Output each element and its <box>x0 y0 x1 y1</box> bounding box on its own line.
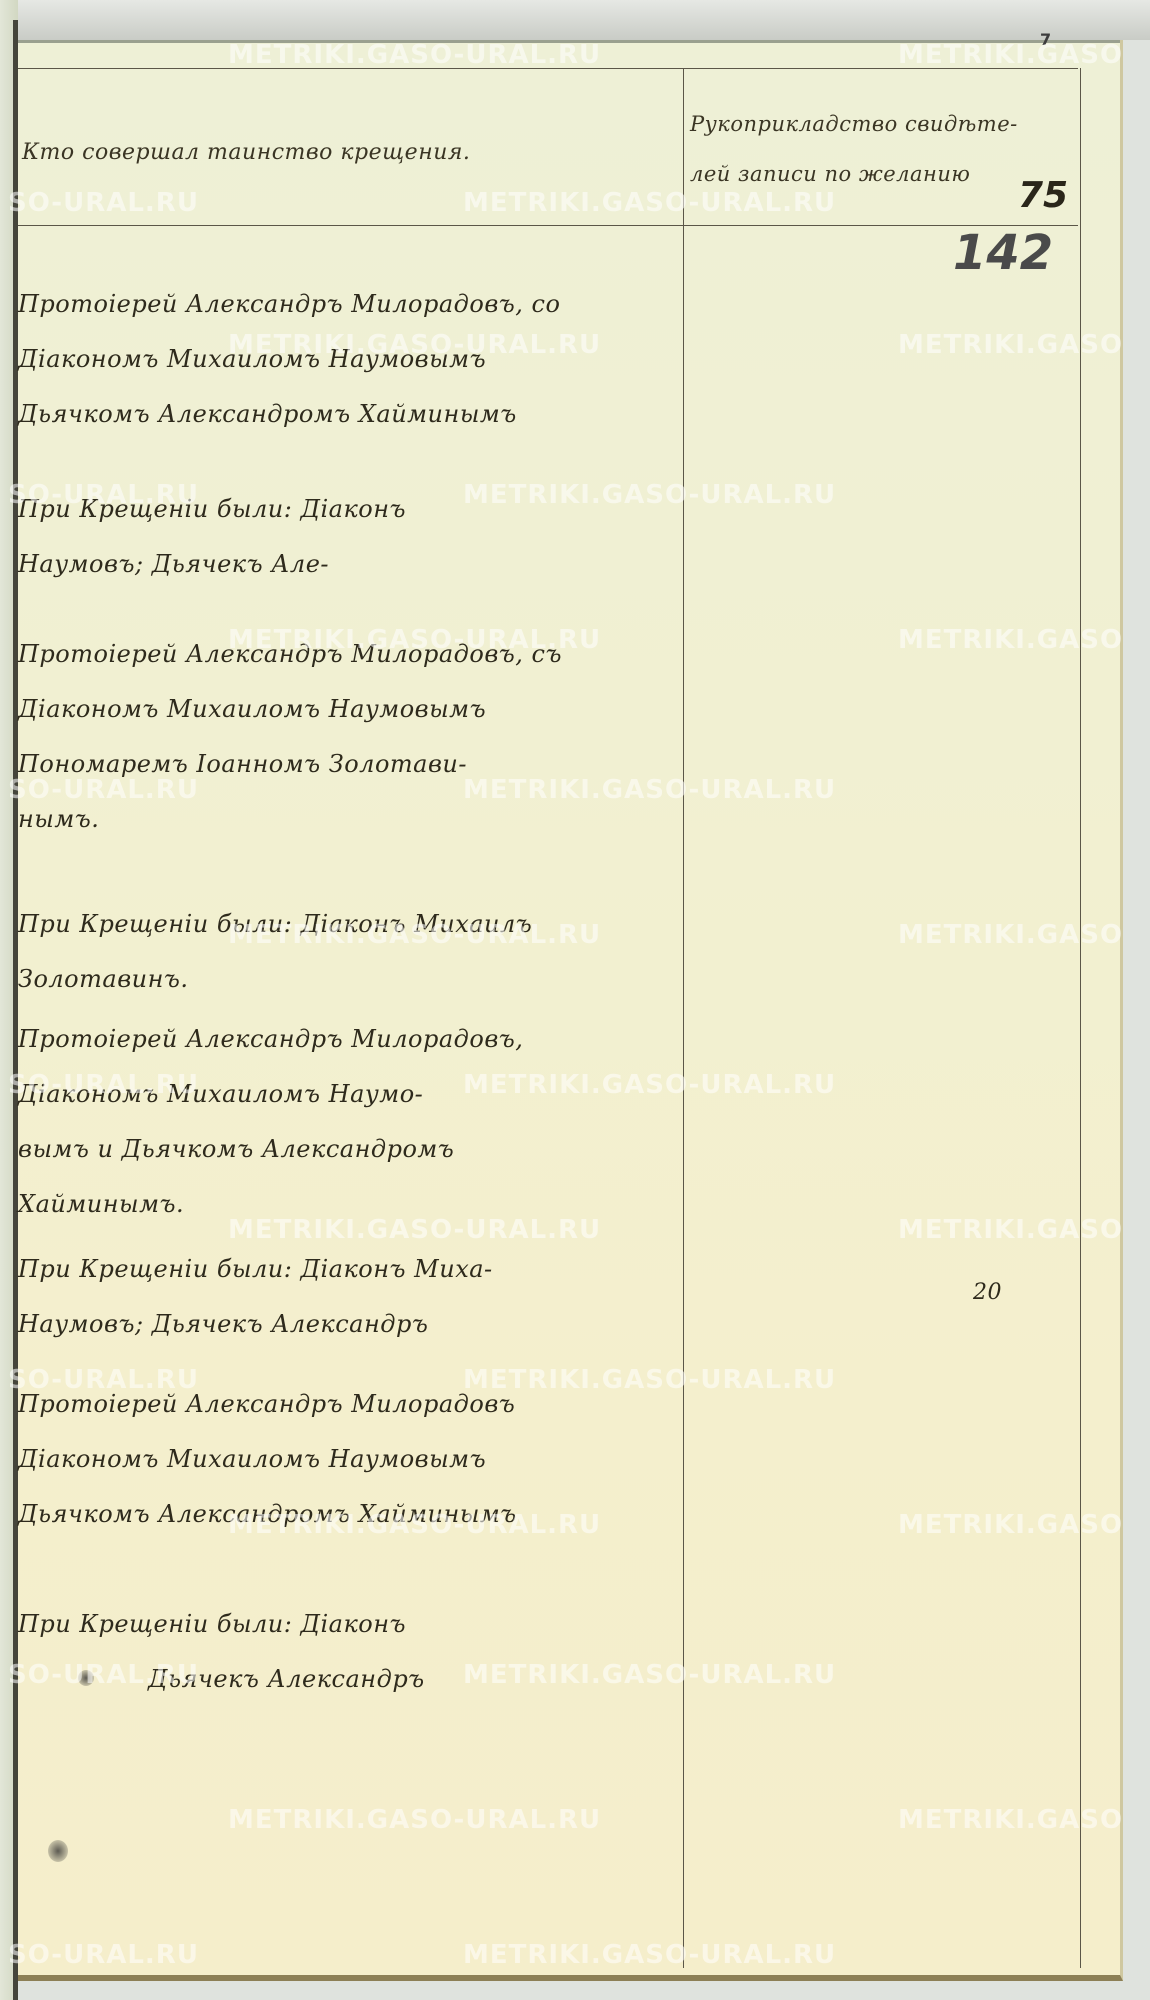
watermark: METRIKI.GASO <box>898 625 1123 655</box>
watermark: METRIKI.GASO-URAL.RU <box>463 480 836 510</box>
watermark: METRIKI.GASO <box>898 1215 1123 1245</box>
watermark: METRIKI.GASO-URAL.RU <box>228 1510 601 1540</box>
watermark: SO-URAL.RU <box>8 1660 199 1690</box>
officiant-line: Протоіерей Александръ Милорадовъ, <box>18 1025 523 1053</box>
register-page: Кто совершал таинство крещения. Рукоприк… <box>18 40 1123 1981</box>
scan-background-top <box>0 0 1150 40</box>
witness-line: Наумовъ; Дьячекъ Але- <box>18 550 329 578</box>
watermark: METRIKI.GASO <box>898 40 1123 70</box>
watermark: METRIKI.GASO-URAL.RU <box>228 625 601 655</box>
watermark: METRIKI.GASO <box>898 330 1123 360</box>
officiant-line: Протоіерей Александръ Милорадовъ, со <box>18 290 560 318</box>
watermark: METRIKI.GASO-URAL.RU <box>228 1215 601 1245</box>
marginal-number: 20 <box>973 1280 1002 1305</box>
watermark: METRIKI.GASO-URAL.RU <box>228 920 601 950</box>
header-officiants: Кто совершал таинство крещения. <box>22 140 470 165</box>
watermark: METRIKI.GASO <box>898 1510 1123 1540</box>
officiant-line: Дьячкомъ Александромъ Хайминымъ <box>18 400 517 428</box>
watermark: SO-URAL.RU <box>8 1940 199 1970</box>
watermark: METRIKI.GASO-URAL.RU <box>463 1070 836 1100</box>
page-number-stamp: 142 <box>953 225 1053 281</box>
watermark: METRIKI.GASO <box>898 1805 1123 1835</box>
folio-mark: 75 <box>1018 175 1068 216</box>
watermark: METRIKI.GASO-URAL.RU <box>463 1660 836 1690</box>
watermark: METRIKI.GASO-URAL.RU <box>228 40 601 70</box>
watermark: METRIKI.GASO-URAL.RU <box>463 188 836 218</box>
officiant-line: Пономаремъ Іоанномъ Золотави- <box>18 750 467 778</box>
watermark: METRIKI.GASO-URAL.RU <box>463 1365 836 1395</box>
watermark: SO-URAL.RU <box>8 480 199 510</box>
watermark: METRIKI.GASO-URAL.RU <box>228 1805 601 1835</box>
officiant-line: нымъ. <box>18 805 99 833</box>
watermark: METRIKI.GASO <box>898 920 1123 950</box>
officiant-line: Діакономъ Михаиломъ Наумовымъ <box>18 695 486 723</box>
witness-line: Наумовъ; Дьячекъ Александръ <box>18 1310 428 1338</box>
officiant-line: вымъ и Дьячкомъ Александромъ <box>18 1135 454 1163</box>
watermark: SO-URAL.RU <box>8 1070 199 1100</box>
officiant-line: Хайминымъ. <box>18 1190 184 1218</box>
watermark: SO-URAL.RU <box>8 1365 199 1395</box>
header-witness-line2: лей записи по желанию <box>690 162 970 186</box>
officiant-line: Діакономъ Михаиломъ Наумовымъ <box>18 1445 486 1473</box>
witness-line: При Крещеніи были: Діаконъ Миха- <box>18 1255 493 1283</box>
witness-line: Золотавинъ. <box>18 965 189 993</box>
header-bottom-rule <box>18 225 1078 226</box>
watermark: SO-URAL.RU <box>8 188 199 218</box>
watermark: METRIKI.GASO-URAL.RU <box>228 330 601 360</box>
header-witness-line1: Рукоприкладство свидѣте- <box>690 112 1018 136</box>
watermark: METRIKI.GASO-URAL.RU <box>463 775 836 805</box>
witness-line: При Крещеніи были: Діаконъ <box>18 1610 406 1638</box>
ink-smudge <box>48 1840 68 1862</box>
watermark: METRIKI.GASO-URAL.RU <box>463 1940 836 1970</box>
watermark: SO-URAL.RU <box>8 775 199 805</box>
